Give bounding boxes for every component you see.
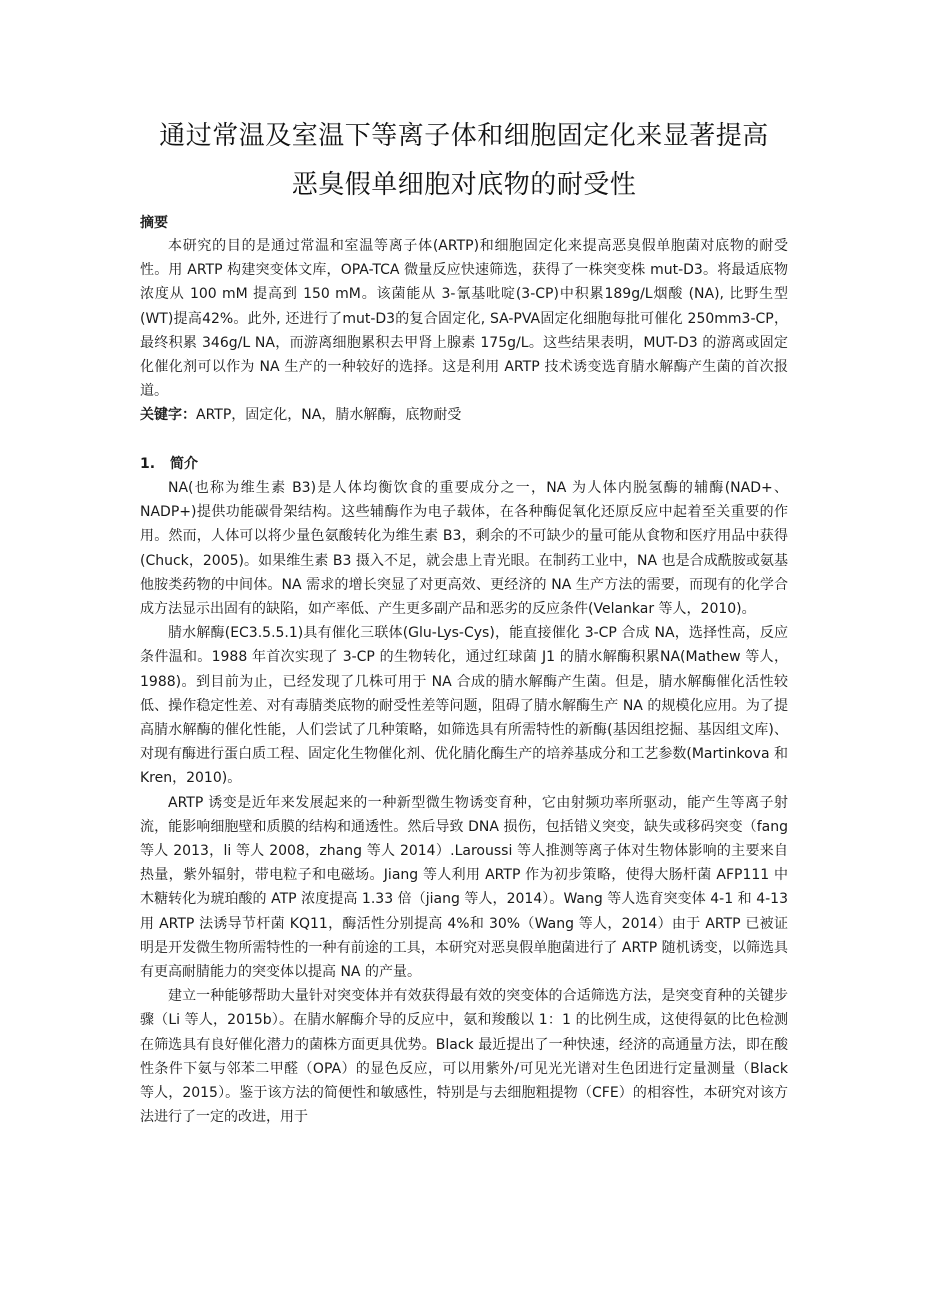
abstract-section: 本研究的目的是通过常温和室温等离子体(ARTP)和细胞固定化来提高恶臭假单胞菌对… (140, 234, 788, 428)
title-line-1: 通过常温及室温下等离子体和细胞固定化来显著提高 (140, 120, 788, 152)
abstract-heading: 摘要 (140, 212, 168, 232)
paragraph: NA(也称为维生素 B3)是人体均衡饮食的重要成分之一，NA 为人体内脱氢酶的辅… (140, 476, 788, 621)
introduction-body: NA(也称为维生素 B3)是人体均衡饮食的重要成分之一，NA 为人体内脱氢酶的辅… (140, 476, 788, 1129)
title-line-2: 恶臭假单细胞对底物的耐受性 (140, 169, 788, 201)
keywords-list: ARTP，固定化，NA，腈水解酶，底物耐受 (196, 407, 461, 423)
keywords: 关键字：ARTP，固定化，NA，腈水解酶，底物耐受 (140, 403, 788, 427)
section-title: 简介 (170, 456, 198, 472)
section-heading-introduction: 1.简介 (140, 453, 198, 473)
paragraph: ARTP 诱变是近年来发展起来的一种新型微生物诱变育种，它由射频功率所驱动，能产… (140, 791, 788, 985)
keywords-label: 关键字： (140, 407, 196, 423)
section-number: 1. (140, 456, 170, 472)
abstract-text: 本研究的目的是通过常温和室温等离子体(ARTP)和细胞固定化来提高恶臭假单胞菌对… (140, 234, 788, 403)
paragraph: 腈水解酶(EC3.5.5.1)具有催化三联体(Glu-Lys-Cys)，能直接催… (140, 621, 788, 790)
paragraph: 建立一种能够帮助大量针对突变体并有效获得最有效的突变体的合适筛选方法，是突变育种… (140, 984, 788, 1129)
